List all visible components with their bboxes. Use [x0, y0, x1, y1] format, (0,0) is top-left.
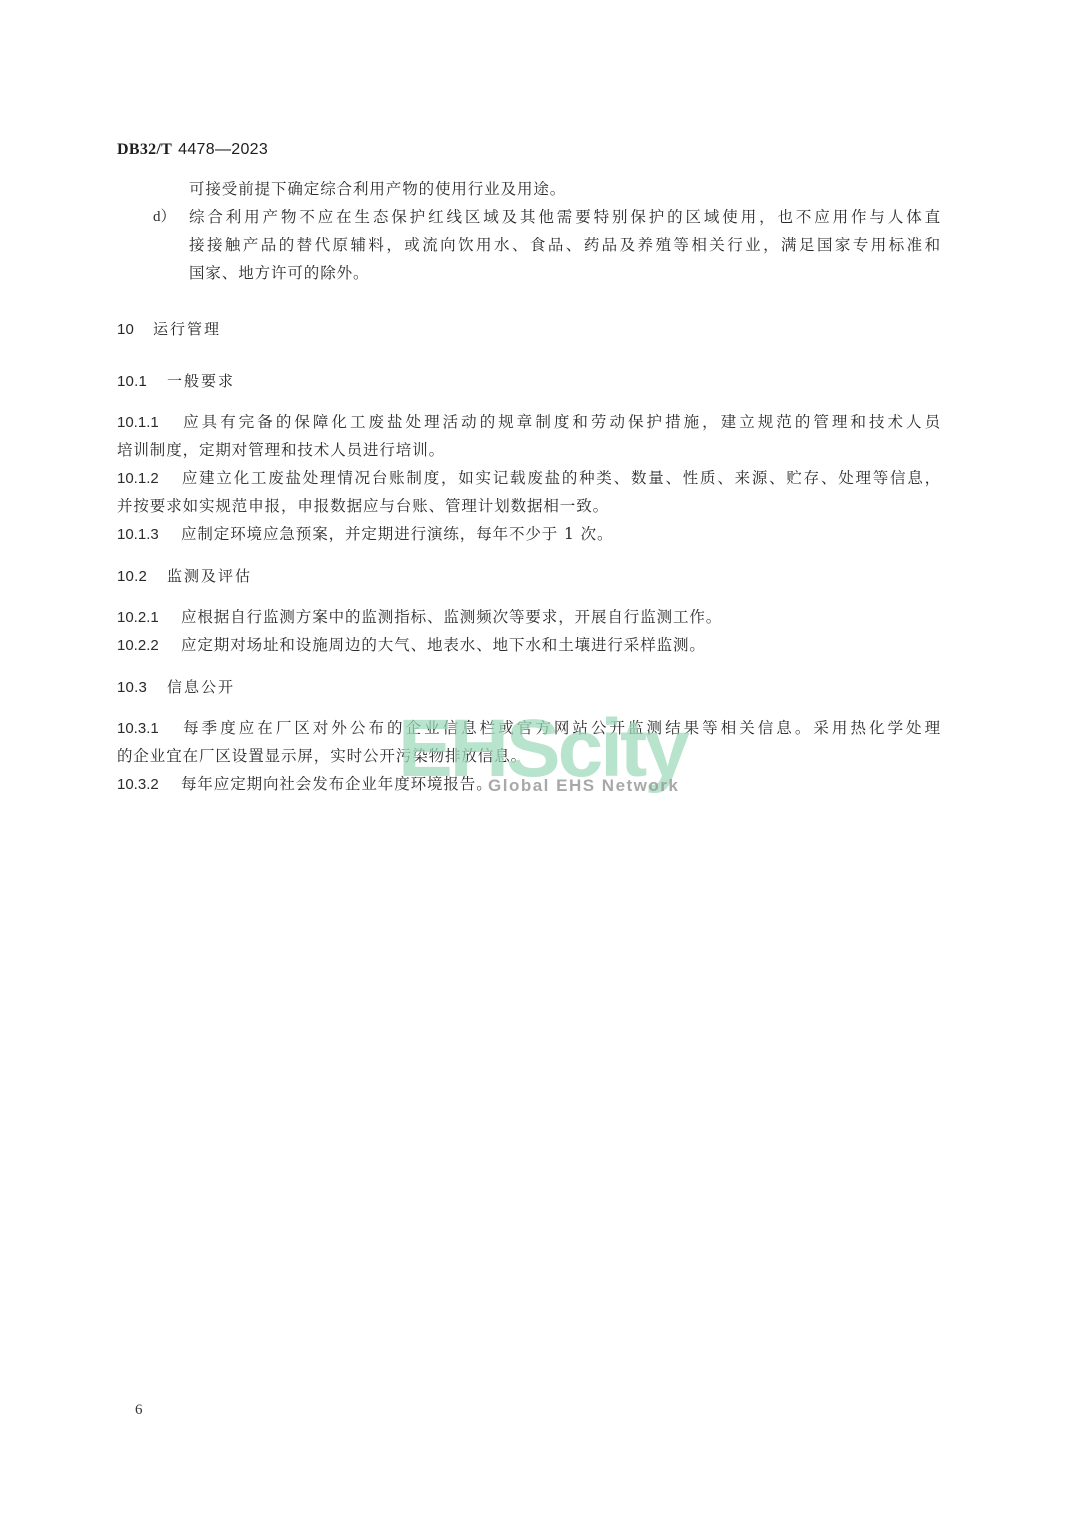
clause-text: 应制定环境应急预案，并定期进行演练，每年不少于 1 次。: [181, 525, 613, 543]
section-heading-10-1: 10.1一般要求: [117, 371, 235, 392]
page-number: 6: [135, 1400, 143, 1420]
section-number: 10.2: [117, 567, 167, 587]
clause-number: 10.1.2: [117, 469, 181, 489]
section-number: 10.3: [117, 678, 167, 698]
section-number: 10.1: [117, 372, 167, 392]
standard-prefix: DB32/T: [117, 141, 172, 158]
clause-10-2-2: 10.2.2应定期对场址和设施周边的大气、地表水、地下水和土壤进行采样监测。: [117, 635, 706, 656]
watermark-subtitle: Global EHS Network: [488, 776, 679, 796]
clause-number: 10.3.1: [117, 719, 181, 739]
clause-10-1-1-line-1: 10.1.1应具有完备的保障化工废盐处理活动的规章制度和劳动保护措施，建立规范的…: [117, 412, 941, 433]
clause-text: 应定期对场址和设施周边的大气、地表水、地下水和土壤进行采样监测。: [181, 636, 706, 654]
clause-10-1-1-line-2: 培训制度，定期对管理和技术人员进行培训。: [117, 440, 445, 460]
item-d-line-2: 接接触产品的替代原辅料，或流向饮用水、食品、药品及养殖等相关行业，满足国家专用标…: [189, 235, 941, 255]
clause-number: 10.3.2: [117, 775, 181, 795]
clause-10-1-3: 10.1.3应制定环境应急预案，并定期进行演练，每年不少于 1 次。: [117, 524, 613, 545]
section-title: 运行管理: [153, 320, 221, 338]
section-number: 10: [117, 320, 153, 340]
clause-number: 10.1.1: [117, 413, 181, 433]
item-d-line-1: 综合利用产物不应在生态保护红线区域及其他需要特别保护的区域使用，也不应用作与人体…: [189, 207, 941, 227]
clause-number: 10.2.1: [117, 608, 181, 628]
clause-number: 10.1.3: [117, 525, 181, 545]
section-heading-10: 10运行管理: [117, 319, 221, 340]
clause-10-3-1-line-2: 的企业宜在厂区设置显示屏，实时公开污染物排放信息。: [117, 746, 527, 766]
clause-10-2-1: 10.2.1应根据自行监测方案中的监测指标、监测频次等要求，开展自行监测工作。: [117, 607, 722, 628]
clause-10-3-1-line-1: 10.3.1每季度应在厂区对外公布的企业信息栏或官方网站公开监测结果等相关信息。…: [117, 718, 941, 739]
section-heading-10-2: 10.2监测及评估: [117, 566, 252, 587]
document-page: DB32/T4478—2023 可接受前提下确定综合利用产物的使用行业及用途。 …: [0, 0, 1080, 1515]
clause-text: 应建立化工废盐处理情况台账制度，如实记载废盐的种类、数量、性质、来源、贮存、处理…: [181, 469, 941, 487]
clause-10-1-2-line-1: 10.1.2应建立化工废盐处理情况台账制度，如实记载废盐的种类、数量、性质、来源…: [117, 468, 941, 489]
standard-code-header: DB32/T4478—2023: [117, 139, 268, 160]
clause-10-1-2-line-2: 并按要求如实规范申报，申报数据应与台账、管理计划数据相一致。: [117, 496, 609, 516]
section-title: 一般要求: [167, 372, 235, 390]
section-title: 信息公开: [167, 678, 235, 696]
clause-text: 应根据自行监测方案中的监测指标、监测频次等要求，开展自行监测工作。: [181, 608, 722, 626]
item-c-continuation: 可接受前提下确定综合利用产物的使用行业及用途。: [189, 179, 566, 199]
clause-text: 每季度应在厂区对外公布的企业信息栏或官方网站公开监测结果等相关信息。采用热化学处…: [181, 719, 941, 737]
clause-number: 10.2.2: [117, 636, 181, 656]
clause-text: 每年应定期向社会发布企业年度环境报告。: [181, 775, 493, 793]
clause-10-3-2: 10.3.2每年应定期向社会发布企业年度环境报告。: [117, 774, 493, 795]
item-d-line-3: 国家、地方许可的除外。: [189, 263, 369, 283]
item-d-label: d）: [153, 207, 176, 227]
standard-number: 4478—2023: [178, 141, 268, 158]
clause-text: 应具有完备的保障化工废盐处理活动的规章制度和劳动保护措施，建立规范的管理和技术人…: [181, 413, 941, 431]
section-heading-10-3: 10.3信息公开: [117, 677, 235, 698]
section-title: 监测及评估: [167, 567, 252, 585]
